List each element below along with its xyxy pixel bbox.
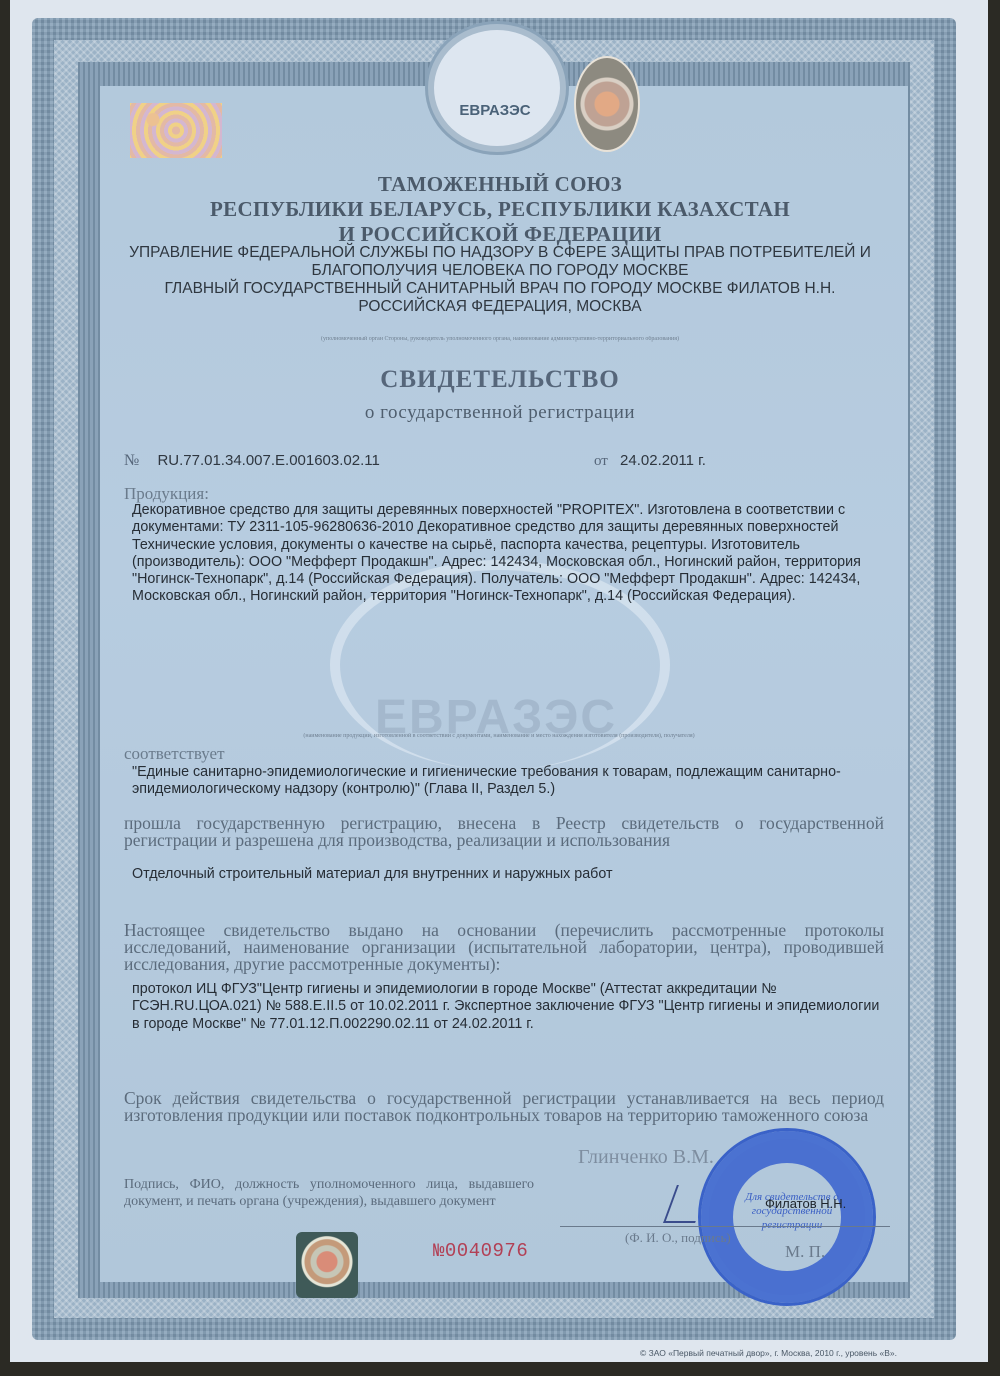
validity-statement: Срок действия свидетельства о государств… <box>124 1090 884 1124</box>
product-description: Декоративное средство для защиты деревян… <box>132 502 882 606</box>
signature-line <box>560 1226 890 1227</box>
number-label: № <box>124 452 139 469</box>
registration-statement: прошла государственную регистрацию, внес… <box>124 815 884 849</box>
product-label: Продукция: <box>124 484 209 504</box>
eurasec-emblem-icon <box>428 24 566 152</box>
basis-documents: протокол ИЦ ФГУЗ"Центр гигиены и эпидеми… <box>132 981 882 1033</box>
usage-scope: Отделочный строительный материал для вну… <box>132 866 882 883</box>
certificate-subtitle: о государственной регистрации <box>110 402 890 424</box>
registration-number-line: № RU.77.01.34.007.Е.001603.02.11 от 24.0… <box>124 452 824 470</box>
signature-label: Подпись, ФИО, должность уполномоченного … <box>124 1176 534 1210</box>
form-serial-number: №0040976 <box>433 1240 528 1262</box>
fio-caption: (Ф. И. О., подпись) <box>625 1230 731 1246</box>
certificate-title: СВИДЕТЕЛЬСТВО <box>110 366 890 394</box>
product-caption: (наименование продукции, изготовленной в… <box>124 733 874 739</box>
conformity-requirements: "Единые санитарно-эпидемиологические и г… <box>132 764 882 799</box>
hologram-strip-icon <box>130 103 222 158</box>
hologram-seal-icon <box>574 56 640 152</box>
registration-number: RU.77.01.34.007.Е.001603.02.11 <box>157 452 379 469</box>
hologram-sticker-icon <box>296 1232 358 1298</box>
basis-statement: Настоящее свидетельство выдано на основа… <box>124 922 884 973</box>
printer-imprint: © ЗАО «Первый печатный двор», г. Москва,… <box>640 1348 897 1358</box>
conformity-label: соответствует <box>124 744 225 764</box>
eurasec-logo-text: ЕВРАЗЭС <box>445 102 545 119</box>
seal-mark: М. П. <box>785 1242 825 1262</box>
customs-union-heading: ТАМОЖЕННЫЙ СОЮЗ РЕСПУБЛИКИ БЕЛАРУСЬ, РЕС… <box>110 172 890 247</box>
signer-name: Филатов Н.Н. <box>765 1196 846 1211</box>
registration-date: от 24.02.2011 г. <box>594 452 706 470</box>
stamped-name: Глинченко В.М. <box>578 1146 714 1169</box>
issuing-authority: УПРАВЛЕНИЕ ФЕДЕРАЛЬНОЙ СЛУЖБЫ ПО НАДЗОРУ… <box>110 244 890 316</box>
authority-caption: (уполномоченный орган Стороны, руководит… <box>190 336 810 342</box>
